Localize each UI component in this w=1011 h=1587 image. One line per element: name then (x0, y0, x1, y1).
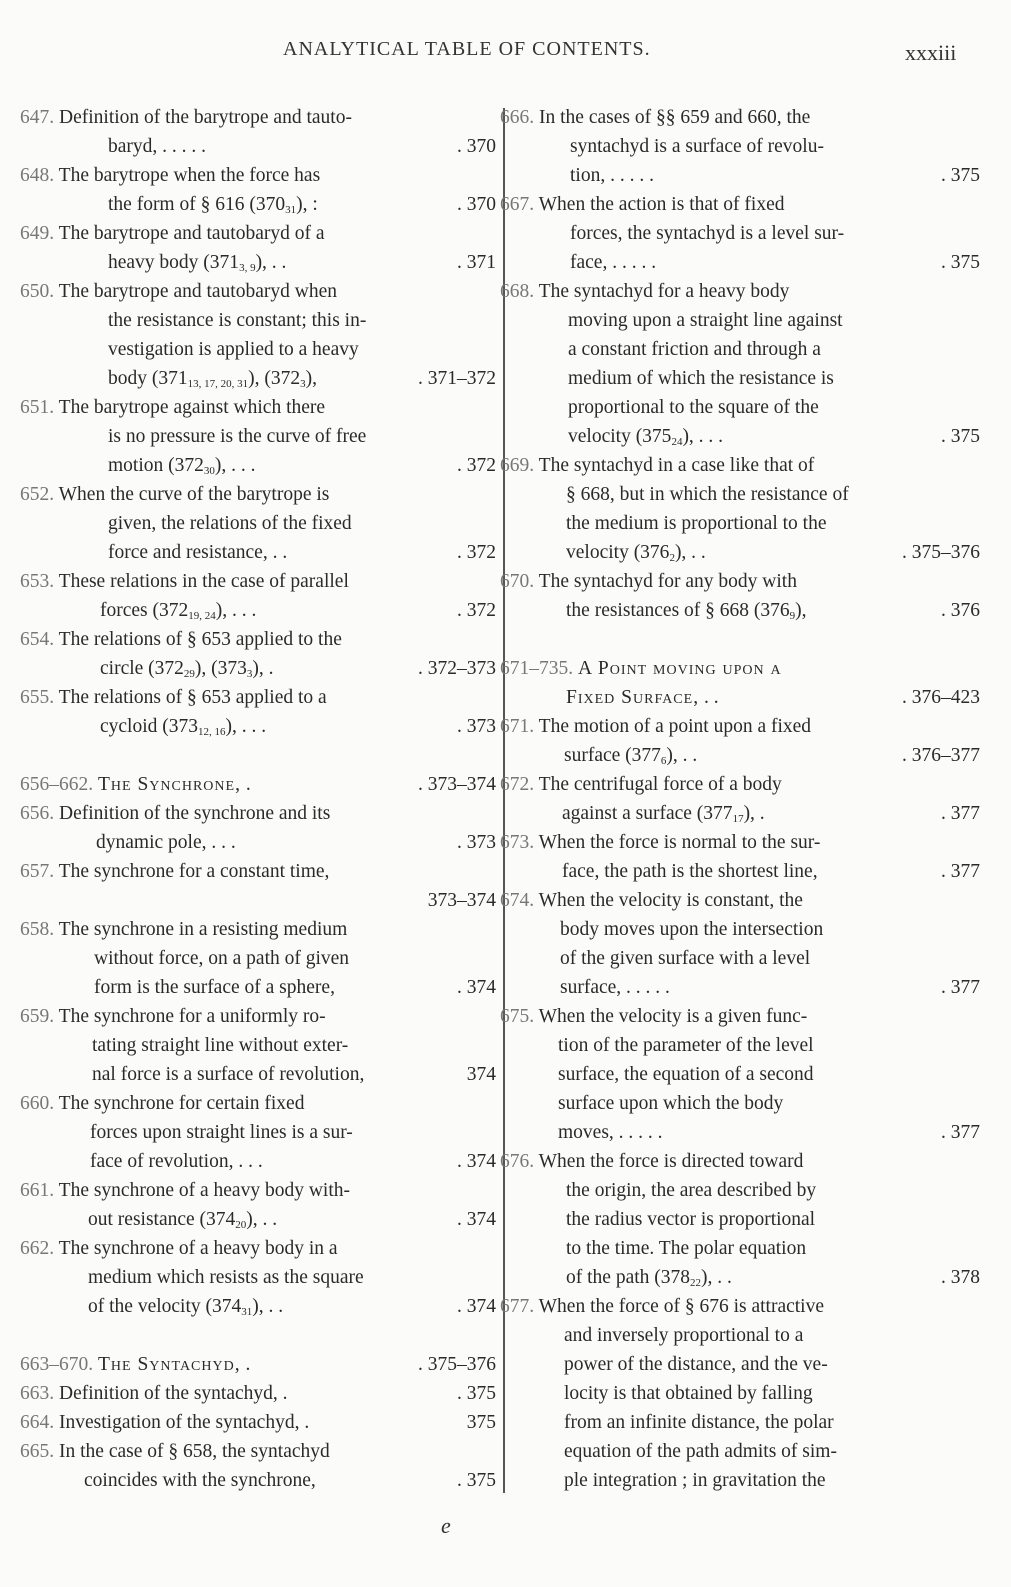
entry-text-cont: ), . . (666, 745, 697, 766)
toc-line: 373–374 (20, 886, 496, 915)
toc-line: the form of § 616 (37031), :. 370 (20, 190, 496, 219)
toc-entry: 672. The centrifugal force of a bodyagai… (500, 770, 980, 828)
page-reference: . 377 (941, 973, 980, 1002)
toc-line: 647. Definition of the barytrope and tau… (20, 103, 496, 132)
toc-line: circle (37229), (3733), .. 372–373 (20, 654, 496, 683)
toc-entry: 668. The syntachyd for a heavy bodymovin… (500, 277, 980, 451)
entry-number: 652. (20, 484, 54, 505)
toc-line: from an infinite distance, the polar (500, 1408, 980, 1437)
section-gap (20, 1321, 496, 1350)
toc-line: 656–662. The Synchrone, .. 373–374 (20, 770, 496, 799)
toc-line: 656. Definition of the synchrone and its (20, 799, 496, 828)
entry-text: without force, on a path of given (94, 948, 349, 969)
entry-text: The synchrone for certain fixed (59, 1093, 305, 1114)
page-reference: . 376–423 (902, 683, 980, 712)
entry-text: moving upon a straight line against (568, 310, 843, 331)
entry-text-cont: ), . . (701, 1267, 732, 1288)
toc-line: 651. The barytrope against which there (20, 393, 496, 422)
entry-text: ple integration ; in gravitation the (564, 1470, 826, 1491)
entry-number: 649. (20, 223, 54, 244)
entry-text-cont: ), . . (256, 252, 287, 273)
page-reference: . 370 (457, 132, 496, 161)
toc-line: medium which resists as the square (20, 1263, 496, 1292)
entry-text: The relations of § 653 applied to the (59, 629, 342, 650)
toc-line: tion, . . . . .. 375 (500, 161, 980, 190)
entry-text: baryd, . . . . . (108, 136, 206, 157)
entry-text: of the given surface with a level (560, 948, 810, 969)
entry-text: The centrifugal force of a body (539, 774, 782, 795)
entry-text: out resistance (374 (88, 1209, 235, 1230)
toc-section-heading: 663–670. The Syntachyd, .. 375–376 (20, 1350, 496, 1379)
toc-line: and inversely proportional to a (500, 1321, 980, 1350)
toc-line: moving upon a straight line against (500, 306, 980, 335)
entry-text: The synchrone for a constant time, (59, 861, 330, 882)
toc-entry: 661. The synchrone of a heavy body with-… (20, 1176, 496, 1234)
toc-line: 662. The synchrone of a heavy body in a (20, 1234, 496, 1263)
entry-number: 662. (20, 1238, 54, 1259)
entry-number: 664. (20, 1412, 54, 1433)
entry-text: § 668, but in which the resistance of (566, 484, 849, 505)
toc-line: of the given surface with a level (500, 944, 980, 973)
entry-text: the form of § 616 (370 (108, 194, 285, 215)
entry-text: heavy body (371 (108, 252, 239, 273)
entry-text: Definition of the synchrone and its (59, 803, 330, 824)
toc-line: 677. When the force of § 676 is attracti… (500, 1292, 980, 1321)
entry-text: When the velocity is a given func- (539, 1006, 808, 1027)
toc-line: 672. The centrifugal force of a body (500, 770, 980, 799)
toc-line: face, . . . . .. 375 (500, 248, 980, 277)
toc-line: 659. The synchrone for a uniformly ro- (20, 1002, 496, 1031)
entry-text: velocity (376 (566, 542, 669, 563)
toc-line: of the velocity (37431), . .. 374 (20, 1292, 496, 1321)
page-reference: . 372 (457, 538, 496, 567)
entry-text-cont: ), . (744, 803, 765, 824)
entry-text: syntachyd is a surface of revolu- (570, 136, 824, 157)
toc-line: 676. When the force is directed toward (500, 1147, 980, 1176)
toc-line: against a surface (37717), .. 377 (500, 799, 980, 828)
entry-text: In the cases of §§ 659 and 660, the (539, 107, 810, 128)
entry-text: In the case of § 658, the syntachyd (59, 1441, 330, 1462)
entry-text-cont: ), . . (675, 542, 706, 563)
toc-entry: 650. The barytrope and tautobaryd whenth… (20, 277, 496, 393)
toc-line: 653. These relations in the case of para… (20, 567, 496, 596)
toc-line: face of revolution, . . .. 374 (20, 1147, 496, 1176)
toc-line: heavy body (3713, 9), . .. 371 (20, 248, 496, 277)
toc-line: 658. The synchrone in a resisting medium (20, 915, 496, 944)
page-reference: . 375–376 (418, 1350, 496, 1379)
entry-text: The syntachyd for any body with (539, 571, 797, 592)
entry-number: 665. (20, 1441, 54, 1462)
toc-line: velocity (3762), . .. 375–376 (500, 538, 980, 567)
entry-text-cont: . . (699, 687, 719, 708)
entry-number: 667. (500, 194, 534, 215)
entry-text: locity is that obtained by falling (564, 1383, 813, 1404)
toc-line: syntachyd is a surface of revolu- (500, 132, 980, 161)
entry-number: 648. (20, 165, 54, 186)
entry-text: nal force is a surface of revolution, (92, 1064, 364, 1085)
entry-text: The barytrope when the force has (59, 165, 321, 186)
toc-line: § 668, but in which the resistance of (500, 480, 980, 509)
toc-line: body moves upon the intersection (500, 915, 980, 944)
entry-number: 669. (500, 455, 534, 476)
entry-number: 672. (500, 774, 534, 795)
entry-number: 647. (20, 107, 54, 128)
page-reference: . 372 (457, 596, 496, 625)
entry-number: 671–735. (500, 658, 573, 679)
entry-text: the origin, the area described by (566, 1180, 816, 1201)
page-reference: . 371 (457, 248, 496, 277)
toc-entry: 647. Definition of the barytrope and tau… (20, 103, 496, 161)
toc-entry: 654. The relations of § 653 applied to t… (20, 625, 496, 683)
subscript-ref: 22 (690, 1277, 701, 1289)
entry-text-cont: ), . (252, 658, 273, 679)
entry-text-cont: ), . . . (215, 455, 256, 476)
entry-text-cont: ), . . . (682, 426, 723, 447)
toc-line: 650. The barytrope and tautobaryd when (20, 277, 496, 306)
toc-line: surface, the equation of a second (500, 1060, 980, 1089)
toc-entry: 663. Definition of the syntachyd, .. 375 (20, 1379, 496, 1408)
toc-line: 671. The motion of a point upon a fixed (500, 712, 980, 741)
toc-line: 663–670. The Syntachyd, .. 375–376 (20, 1350, 496, 1379)
entry-text: When the velocity is constant, the (539, 890, 803, 911)
entry-text: of the velocity (374 (88, 1296, 241, 1317)
entry-text-cont: ), (373 (195, 658, 247, 679)
entry-text: When the force is directed toward (539, 1151, 804, 1172)
entry-text: surface upon which the body (558, 1093, 783, 1114)
toc-line: the origin, the area described by (500, 1176, 980, 1205)
entry-text: is no pressure is the curve of free (108, 426, 366, 447)
toc-entry: 662. The synchrone of a heavy body in am… (20, 1234, 496, 1321)
page-reference: . 375 (457, 1379, 496, 1408)
section-gap (500, 625, 980, 654)
entry-text: surface, the equation of a second (558, 1064, 814, 1085)
entry-text: coincides with the synchrone, (84, 1470, 316, 1491)
toc-entry: 675. When the velocity is a given func-t… (500, 1002, 980, 1147)
entry-text: The syntachyd in a case like that of (539, 455, 815, 476)
page-reference: . 376–377 (902, 741, 980, 770)
toc-entry: 657. The synchrone for a constant time,3… (20, 857, 496, 915)
toc-line: face, the path is the shortest line,. 37… (500, 857, 980, 886)
entry-text: forces (372 (100, 600, 188, 621)
entry-number: 671. (500, 716, 534, 737)
page-reference: . 373 (457, 828, 496, 857)
entry-text: the medium is proportional to the (566, 513, 827, 534)
entry-text: When the curve of the barytrope is (59, 484, 330, 505)
toc-entry: 655. The relations of § 653 applied to a… (20, 683, 496, 741)
page-reference: . 375 (941, 161, 980, 190)
page-reference: . 374 (457, 1292, 496, 1321)
toc-line: the radius vector is proportional (500, 1205, 980, 1234)
entry-text: forces upon straight lines is a sur- (90, 1122, 353, 1143)
toc-entry: 656. Definition of the synchrone and its… (20, 799, 496, 857)
entry-number: 654. (20, 629, 54, 650)
page-reference: . 373 (457, 712, 496, 741)
entry-text: tating straight line without exter- (92, 1035, 348, 1056)
page-header: ANALYTICAL TABLE OF CONTENTS. xxxiii (0, 38, 1011, 78)
entry-text: A Point moving upon a (578, 658, 782, 679)
entry-text: Definition of the barytrope and tauto- (59, 107, 352, 128)
toc-line: 660. The synchrone for certain fixed (20, 1089, 496, 1118)
toc-entry: 670. The syntachyd for any body withthe … (500, 567, 980, 625)
entry-number: 675. (500, 1006, 534, 1027)
entry-text: The Synchrone, (98, 774, 241, 795)
entry-text: The syntachyd for a heavy body (539, 281, 790, 302)
entry-text: The relations of § 653 applied to a (59, 687, 327, 708)
entry-text: medium which resists as the square (88, 1267, 364, 1288)
toc-line: surface (3776), . .. 376–377 (500, 741, 980, 770)
entry-text: face of revolution, . . . (90, 1151, 263, 1172)
entry-text-cont: ), . . . (226, 716, 267, 737)
toc-entry: 659. The synchrone for a uniformly ro-ta… (20, 1002, 496, 1089)
toc-line: 673. When the force is normal to the sur… (500, 828, 980, 857)
entry-text-cont: ), (795, 600, 806, 621)
entry-text: the radius vector is proportional (566, 1209, 815, 1230)
toc-entry: 674. When the velocity is constant, theb… (500, 886, 980, 1002)
entry-text: These relations in the case of parallel (59, 571, 349, 592)
entry-text: tion, . . . . . (570, 165, 654, 186)
entry-text-cont: . (241, 1354, 251, 1375)
toc-line: 668. The syntachyd for a heavy body (500, 277, 980, 306)
page-reference: . 370 (457, 190, 496, 219)
toc-line: the resistance is constant; this in- (20, 306, 496, 335)
entry-text: moves, . . . . . (558, 1122, 663, 1143)
toc-entry: 648. The barytrope when the force hasthe… (20, 161, 496, 219)
entry-text: proportional to the square of the (568, 397, 819, 418)
toc-line: is no pressure is the curve of free (20, 422, 496, 451)
entry-text-cont: . (241, 774, 251, 795)
subscript-ref: 31 (285, 204, 296, 216)
entry-number: 666. (500, 107, 534, 128)
entry-text: face, the path is the shortest line, (562, 861, 818, 882)
entry-text: motion (372 (108, 455, 204, 476)
entry-text: force and resistance, . . (108, 542, 287, 563)
toc-line: the resistances of § 668 (3769),. 376 (500, 596, 980, 625)
page-reference: . 373–374 (418, 770, 496, 799)
book-page: ANALYTICAL TABLE OF CONTENTS. xxxiii 647… (0, 0, 1011, 1587)
toc-line: tion of the parameter of the level (500, 1031, 980, 1060)
entry-text: circle (372 (100, 658, 184, 679)
toc-section-heading: 656–662. The Synchrone, .. 373–374 (20, 770, 496, 799)
entry-text: surface (377 (564, 745, 661, 766)
entry-text: form is the surface of a sphere, (94, 977, 335, 998)
toc-line: motion (37230), . . .. 372 (20, 451, 496, 480)
toc-entry: 677. When the force of § 676 is attracti… (500, 1292, 980, 1495)
entry-text: Fixed Surface, (566, 687, 699, 708)
page-reference: 373–374 (428, 886, 496, 915)
page-reference: . 375–376 (902, 538, 980, 567)
subscript-ref: 20 (235, 1219, 246, 1231)
toc-entry: 660. The synchrone for certain fixedforc… (20, 1089, 496, 1176)
page-reference: . 377 (941, 799, 980, 828)
entry-number: 651. (20, 397, 54, 418)
entry-text: the resistance is constant; this in- (108, 310, 366, 331)
toc-line: 670. The syntachyd for any body with (500, 567, 980, 596)
toc-line: 665. In the case of § 658, the syntachyd (20, 1437, 496, 1466)
toc-line: moves, . . . . .. 377 (500, 1118, 980, 1147)
entry-text: given, the relations of the fixed (108, 513, 352, 534)
toc-line: locity is that obtained by falling (500, 1379, 980, 1408)
page-reference: . 371–372 (418, 364, 496, 393)
toc-line: to the time. The polar equation (500, 1234, 980, 1263)
toc-entry: 651. The barytrope against which thereis… (20, 393, 496, 480)
entry-text: from an infinite distance, the polar (564, 1412, 834, 1433)
subscript-ref: 31 (241, 1306, 252, 1318)
entry-number: 676. (500, 1151, 534, 1172)
toc-entry: 658. The synchrone in a resisting medium… (20, 915, 496, 1002)
entry-text-cont: ), . . (246, 1209, 277, 1230)
entry-text: The synchrone of a heavy body in a (59, 1238, 338, 1259)
toc-line: nal force is a surface of revolution,374 (20, 1060, 496, 1089)
toc-line: of the path (37822), . .. 378 (500, 1263, 980, 1292)
entry-text: against a surface (377 (562, 803, 733, 824)
entry-number: 663. (20, 1383, 54, 1404)
toc-line: 657. The synchrone for a constant time, (20, 857, 496, 886)
entry-text: body (371 (108, 368, 188, 389)
toc-line: forces (37219, 24), . . .. 372 (20, 596, 496, 625)
page-reference: . 378 (941, 1263, 980, 1292)
toc-line: power of the distance, and the ve- (500, 1350, 980, 1379)
page-reference: . 375 (941, 422, 980, 451)
entry-text: medium of which the resistance is (568, 368, 834, 389)
entry-text: Definition of the syntachyd, . (59, 1383, 288, 1404)
entry-text-cont: ), (306, 368, 317, 389)
entry-text-cont: ), . . . (216, 600, 257, 621)
subscript-ref: 13, 17, 20, 31 (188, 378, 249, 390)
toc-section-heading: 671–735. A Point moving upon aFixed Surf… (500, 654, 980, 712)
page-reference: . 376 (941, 596, 980, 625)
toc-line: 661. The synchrone of a heavy body with- (20, 1176, 496, 1205)
toc-line: 666. In the cases of §§ 659 and 660, the (500, 103, 980, 132)
subscript-ref: 19, 24 (188, 610, 216, 622)
running-title: ANALYTICAL TABLE OF CONTENTS. (283, 38, 651, 61)
toc-entry: 666. In the cases of §§ 659 and 660, the… (500, 103, 980, 190)
entry-text: face, . . . . . (570, 252, 656, 273)
entry-text: When the force is normal to the sur- (539, 832, 821, 853)
toc-line: vestigation is applied to a heavy (20, 335, 496, 364)
toc-line: tating straight line without exter- (20, 1031, 496, 1060)
entry-text: and inversely proportional to a (564, 1325, 803, 1346)
subscript-ref: 17 (733, 813, 744, 825)
toc-line: velocity (37524), . . .. 375 (500, 422, 980, 451)
entry-text: body moves upon the intersection (560, 919, 823, 940)
entry-text: When the action is that of fixed (539, 194, 785, 215)
entry-text: a constant friction and through a (568, 339, 821, 360)
page-reference: . 372 (457, 451, 496, 480)
entry-text: The synchrone for a uniformly ro- (59, 1006, 326, 1027)
toc-line: baryd, . . . . .. 370 (20, 132, 496, 161)
toc-line: surface upon which the body (500, 1089, 980, 1118)
toc-line: 669. The syntachyd in a case like that o… (500, 451, 980, 480)
subscript-ref: 29 (184, 668, 195, 680)
right-column: 666. In the cases of §§ 659 and 660, the… (500, 103, 980, 1495)
entry-text: power of the distance, and the ve- (564, 1354, 828, 1375)
toc-line: 667. When the action is that of fixed (500, 190, 980, 219)
toc-line: 649. The barytrope and tautobaryd of a (20, 219, 496, 248)
entry-number: 658. (20, 919, 54, 940)
page-reference: . 377 (941, 857, 980, 886)
entry-text: The barytrope and tautobaryd of a (59, 223, 325, 244)
toc-entry: 664. Investigation of the syntachyd, .37… (20, 1408, 496, 1437)
toc-line: equation of the path admits of sim- (500, 1437, 980, 1466)
subscript-ref: 12, 16 (198, 726, 226, 738)
entry-text: dynamic pole, . . . (96, 832, 236, 853)
toc-line: forces upon straight lines is a sur- (20, 1118, 496, 1147)
entry-text: forces, the syntachyd is a level sur- (570, 223, 844, 244)
toc-entry: 673. When the force is normal to the sur… (500, 828, 980, 886)
entry-text-cont: ), (372 (248, 368, 300, 389)
entry-text: vestigation is applied to a heavy (108, 339, 359, 360)
subscript-ref: 30 (204, 465, 215, 477)
toc-entry: 653. These relations in the case of para… (20, 567, 496, 625)
page-reference: . 374 (457, 1205, 496, 1234)
toc-line: 664. Investigation of the syntachyd, .37… (20, 1408, 496, 1437)
toc-entry: 671. The motion of a point upon a fixeds… (500, 712, 980, 770)
toc-line: Fixed Surface, . .. 376–423 (500, 683, 980, 712)
toc-entry: 652. When the curve of the barytrope isg… (20, 480, 496, 567)
page-reference: . 374 (457, 1147, 496, 1176)
entry-number: 668. (500, 281, 534, 302)
page-reference: . 375 (941, 248, 980, 277)
toc-entry: 676. When the force is directed towardth… (500, 1147, 980, 1292)
entry-text: The barytrope against which there (59, 397, 325, 418)
toc-line: 654. The relations of § 653 applied to t… (20, 625, 496, 654)
toc-line: the medium is proportional to the (500, 509, 980, 538)
subscript-ref: 24 (671, 436, 682, 448)
signature-mark: e (441, 1513, 451, 1539)
toc-line: cycloid (37312, 16), . . .. 373 (20, 712, 496, 741)
entry-number: 670. (500, 571, 534, 592)
toc-entry: 649. The barytrope and tautobaryd of ahe… (20, 219, 496, 277)
entry-number: 663–670. (20, 1354, 93, 1375)
toc-line: ple integration ; in gravitation the (500, 1466, 980, 1495)
entry-text: cycloid (373 (100, 716, 198, 737)
page-number: xxxiii (905, 40, 956, 66)
page-reference: . 372–373 (418, 654, 496, 683)
entry-text: tion of the parameter of the level (558, 1035, 814, 1056)
toc-line: 648. The barytrope when the force has (20, 161, 496, 190)
toc-entry: 667. When the action is that of fixedfor… (500, 190, 980, 277)
entry-number: 653. (20, 571, 54, 592)
toc-entry: 665. In the case of § 658, the syntachyd… (20, 1437, 496, 1495)
toc-line: 652. When the curve of the barytrope is (20, 480, 496, 509)
toc-line: forces, the syntachyd is a level sur- (500, 219, 980, 248)
entry-number: 650. (20, 281, 54, 302)
toc-entry: 669. The syntachyd in a case like that o… (500, 451, 980, 567)
page-reference: 374 (467, 1060, 496, 1089)
entry-number: 660. (20, 1093, 54, 1114)
page-reference: 375 (467, 1408, 496, 1437)
entry-number: 657. (20, 861, 54, 882)
entry-text-cont: ), . . (252, 1296, 283, 1317)
entry-number: 655. (20, 687, 54, 708)
entry-text: Investigation of the syntachyd, . (59, 1412, 309, 1433)
entry-text: velocity (375 (568, 426, 671, 447)
toc-line: a constant friction and through a (500, 335, 980, 364)
entry-text: of the path (378 (566, 1267, 690, 1288)
entry-text: to the time. The polar equation (566, 1238, 806, 1259)
entry-text: equation of the path admits of sim- (564, 1441, 837, 1462)
subscript-ref: 3, 9 (239, 262, 256, 274)
entry-text: The Syntachyd, (98, 1354, 241, 1375)
toc-line: form is the surface of a sphere,. 374 (20, 973, 496, 1002)
toc-line: dynamic pole, . . .. 373 (20, 828, 496, 857)
page-reference: . 377 (941, 1118, 980, 1147)
toc-line: surface, . . . . .. 377 (500, 973, 980, 1002)
toc-line: medium of which the resistance is (500, 364, 980, 393)
entry-number: 659. (20, 1006, 54, 1027)
entry-text: the resistances of § 668 (376 (566, 600, 790, 621)
entry-text-cont: ), : (296, 194, 318, 215)
